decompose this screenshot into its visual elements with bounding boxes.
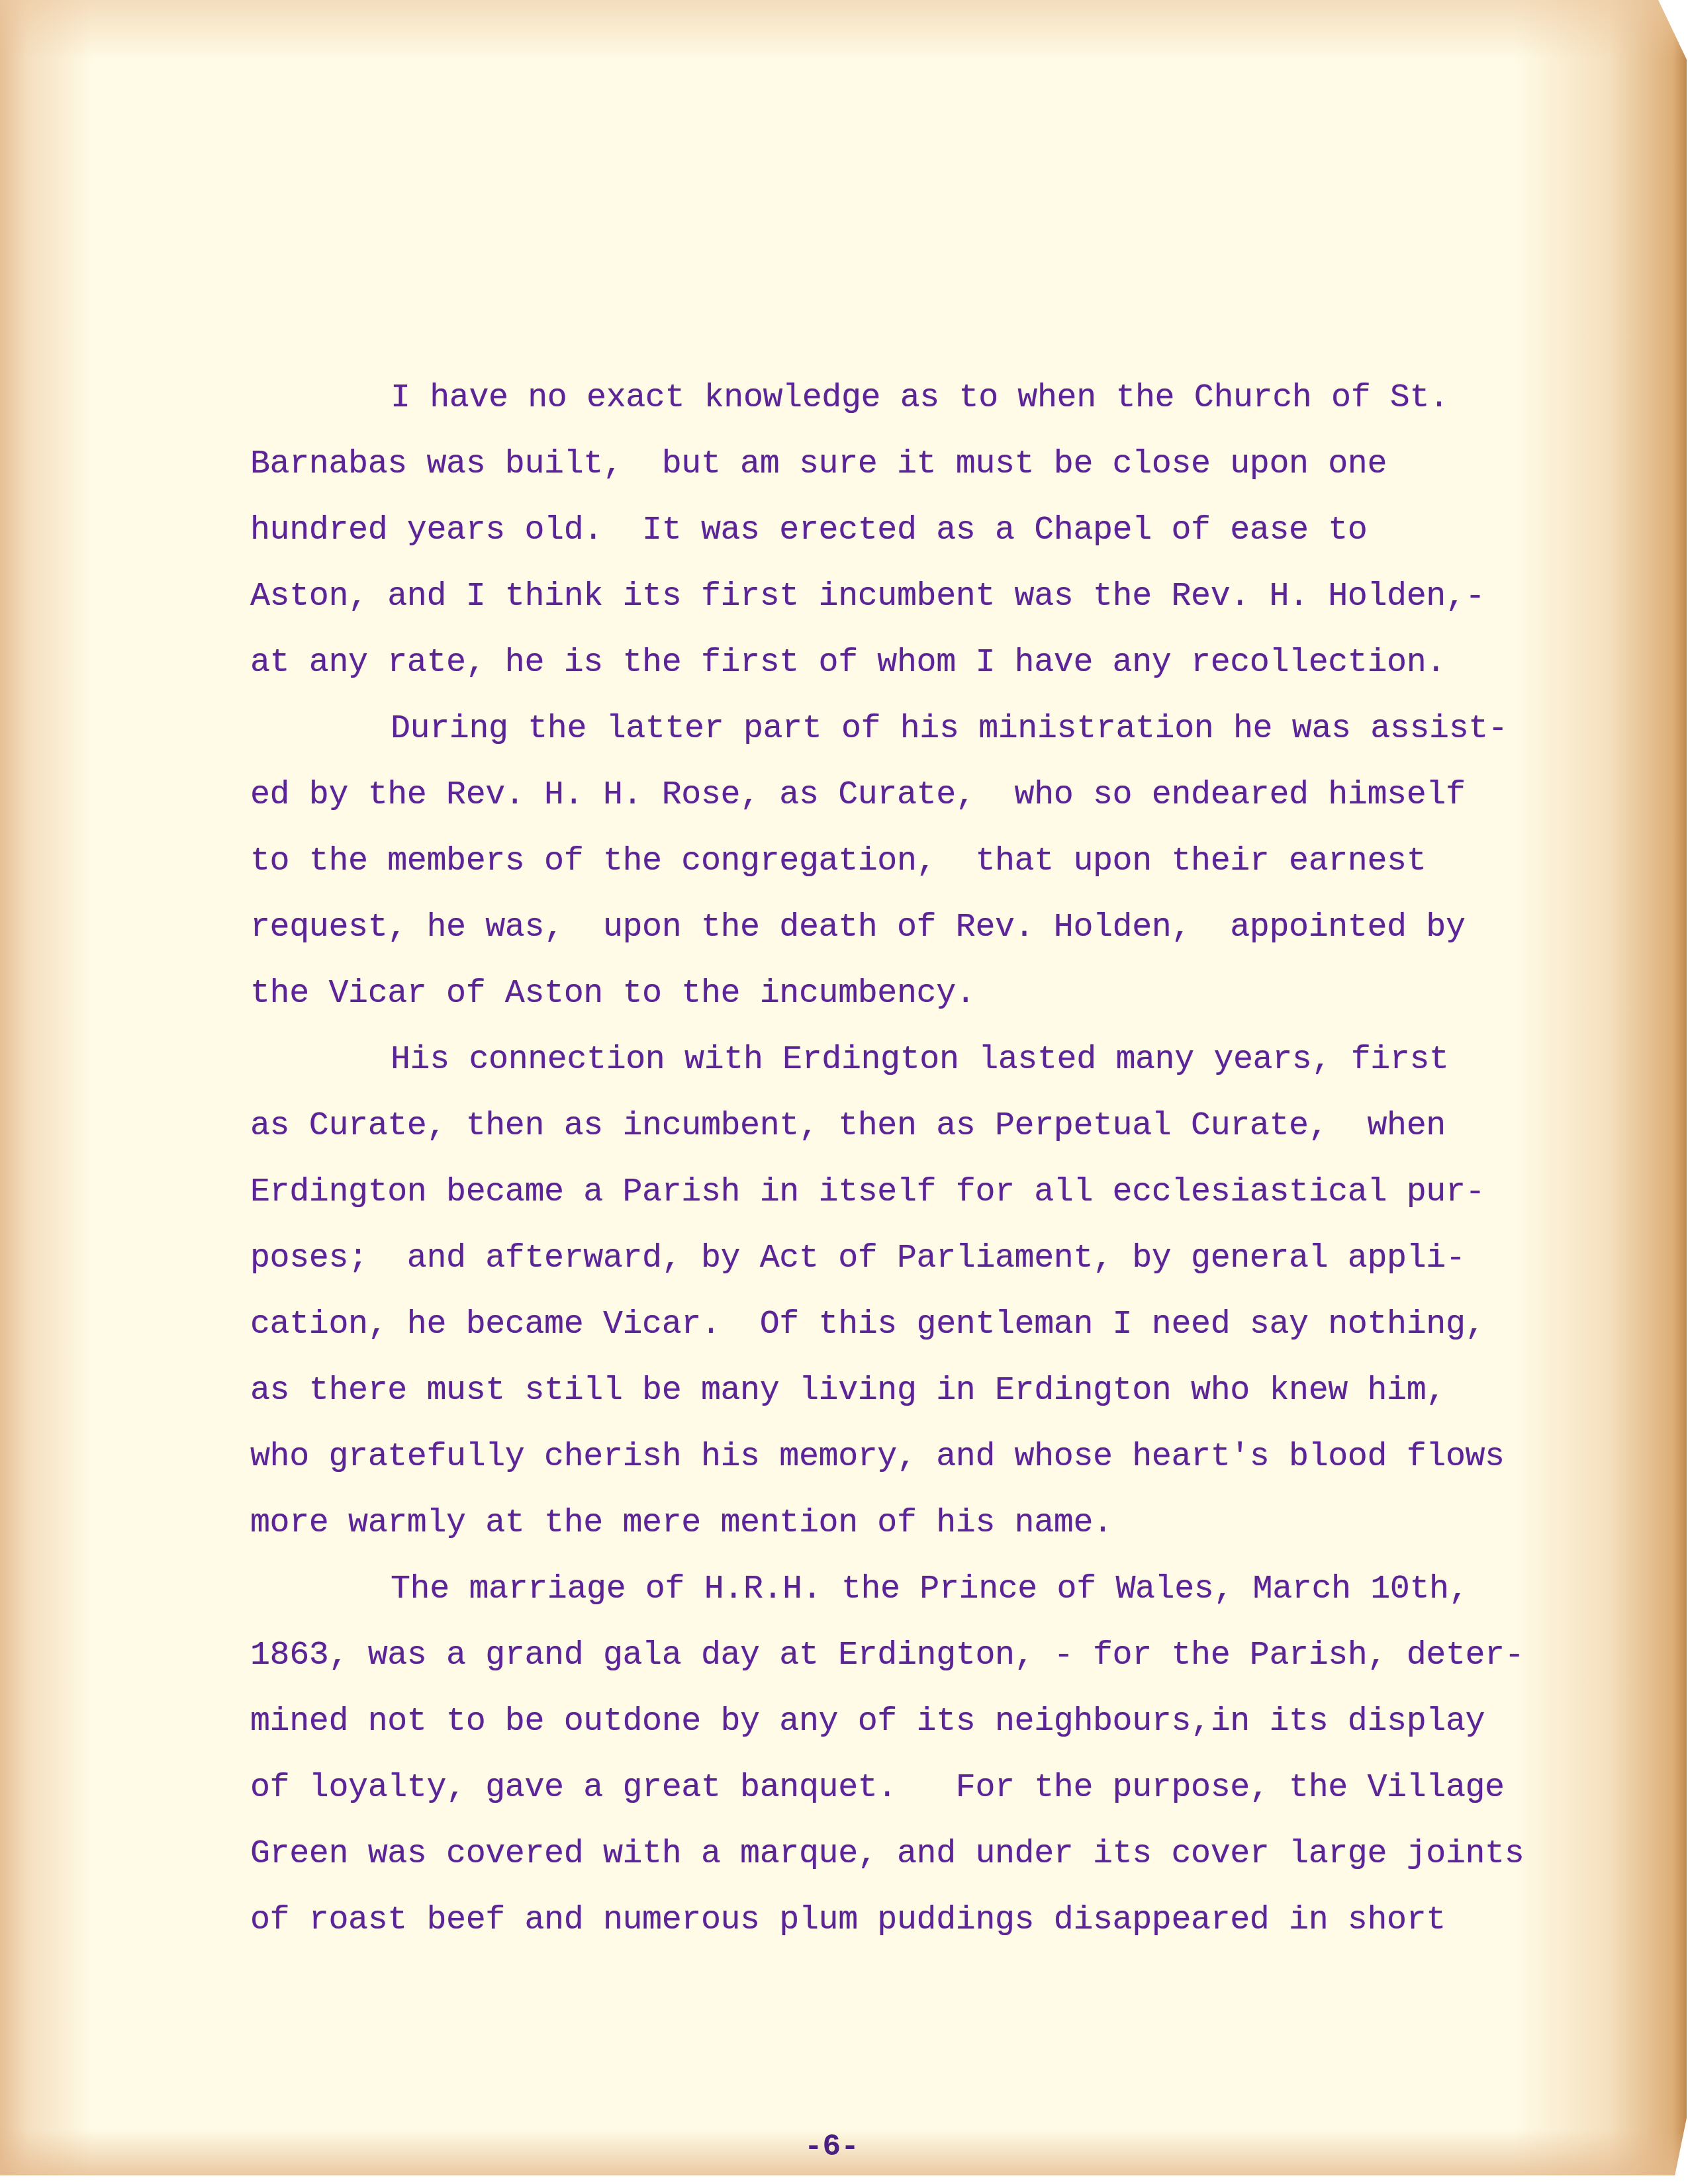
edge-browning-top: [0, 0, 1687, 60]
text-line: as there must still be many living in Er…: [250, 1371, 1446, 1411]
paper-sheet: I have no exact knowledge as to when the…: [0, 0, 1687, 2175]
text-line: request, he was, upon the death of Rev. …: [250, 908, 1466, 948]
text-line: During the latter part of his ministrati…: [391, 709, 1507, 749]
text-line: Aston, and I think its first incumbent w…: [250, 577, 1485, 617]
text-line: at any rate, he is the first of whom I h…: [250, 643, 1446, 683]
text-line: to the members of the congregation, that…: [250, 842, 1426, 882]
text-line: poses; and afterward, by Act of Parliame…: [250, 1239, 1466, 1279]
text-line: Erdington became a Parish in itself for …: [250, 1173, 1485, 1212]
text-line: the Vicar of Aston to the incumbency.: [250, 974, 975, 1014]
edge-browning-right: [1515, 0, 1687, 2175]
text-line: who gratefully cherish his memory, and w…: [250, 1437, 1505, 1477]
text-line: of roast beef and numerous plum puddings…: [250, 1901, 1446, 1940]
text-line: 1863, was a grand gala day at Erdington,…: [250, 1636, 1524, 1676]
text-line: of loyalty, gave a great banquet. For th…: [250, 1768, 1505, 1808]
page-number: -6-: [804, 2130, 859, 2164]
text-line: cation, he became Vicar. Of this gentlem…: [250, 1305, 1485, 1345]
text-line: hundred years old. It was erected as a C…: [250, 511, 1367, 551]
text-line: more warmly at the mere mention of his n…: [250, 1504, 1113, 1543]
text-line: Green was covered with a marque, and und…: [250, 1835, 1524, 1874]
text-line: I have no exact knowledge as to when the…: [391, 379, 1449, 418]
text-line: His connection with Erdington lasted man…: [391, 1040, 1449, 1080]
text-line: as Curate, then as incumbent, then as Pe…: [250, 1107, 1446, 1146]
text-line: Barnabas was built, but am sure it must …: [250, 445, 1387, 484]
edge-browning-left: [0, 0, 93, 2175]
text-line: ed by the Rev. H. H. Rose, as Curate, wh…: [250, 776, 1466, 815]
text-line: mined not to be outdone by any of its ne…: [250, 1702, 1485, 1742]
text-line: The marriage of H.R.H. the Prince of Wal…: [391, 1570, 1468, 1610]
